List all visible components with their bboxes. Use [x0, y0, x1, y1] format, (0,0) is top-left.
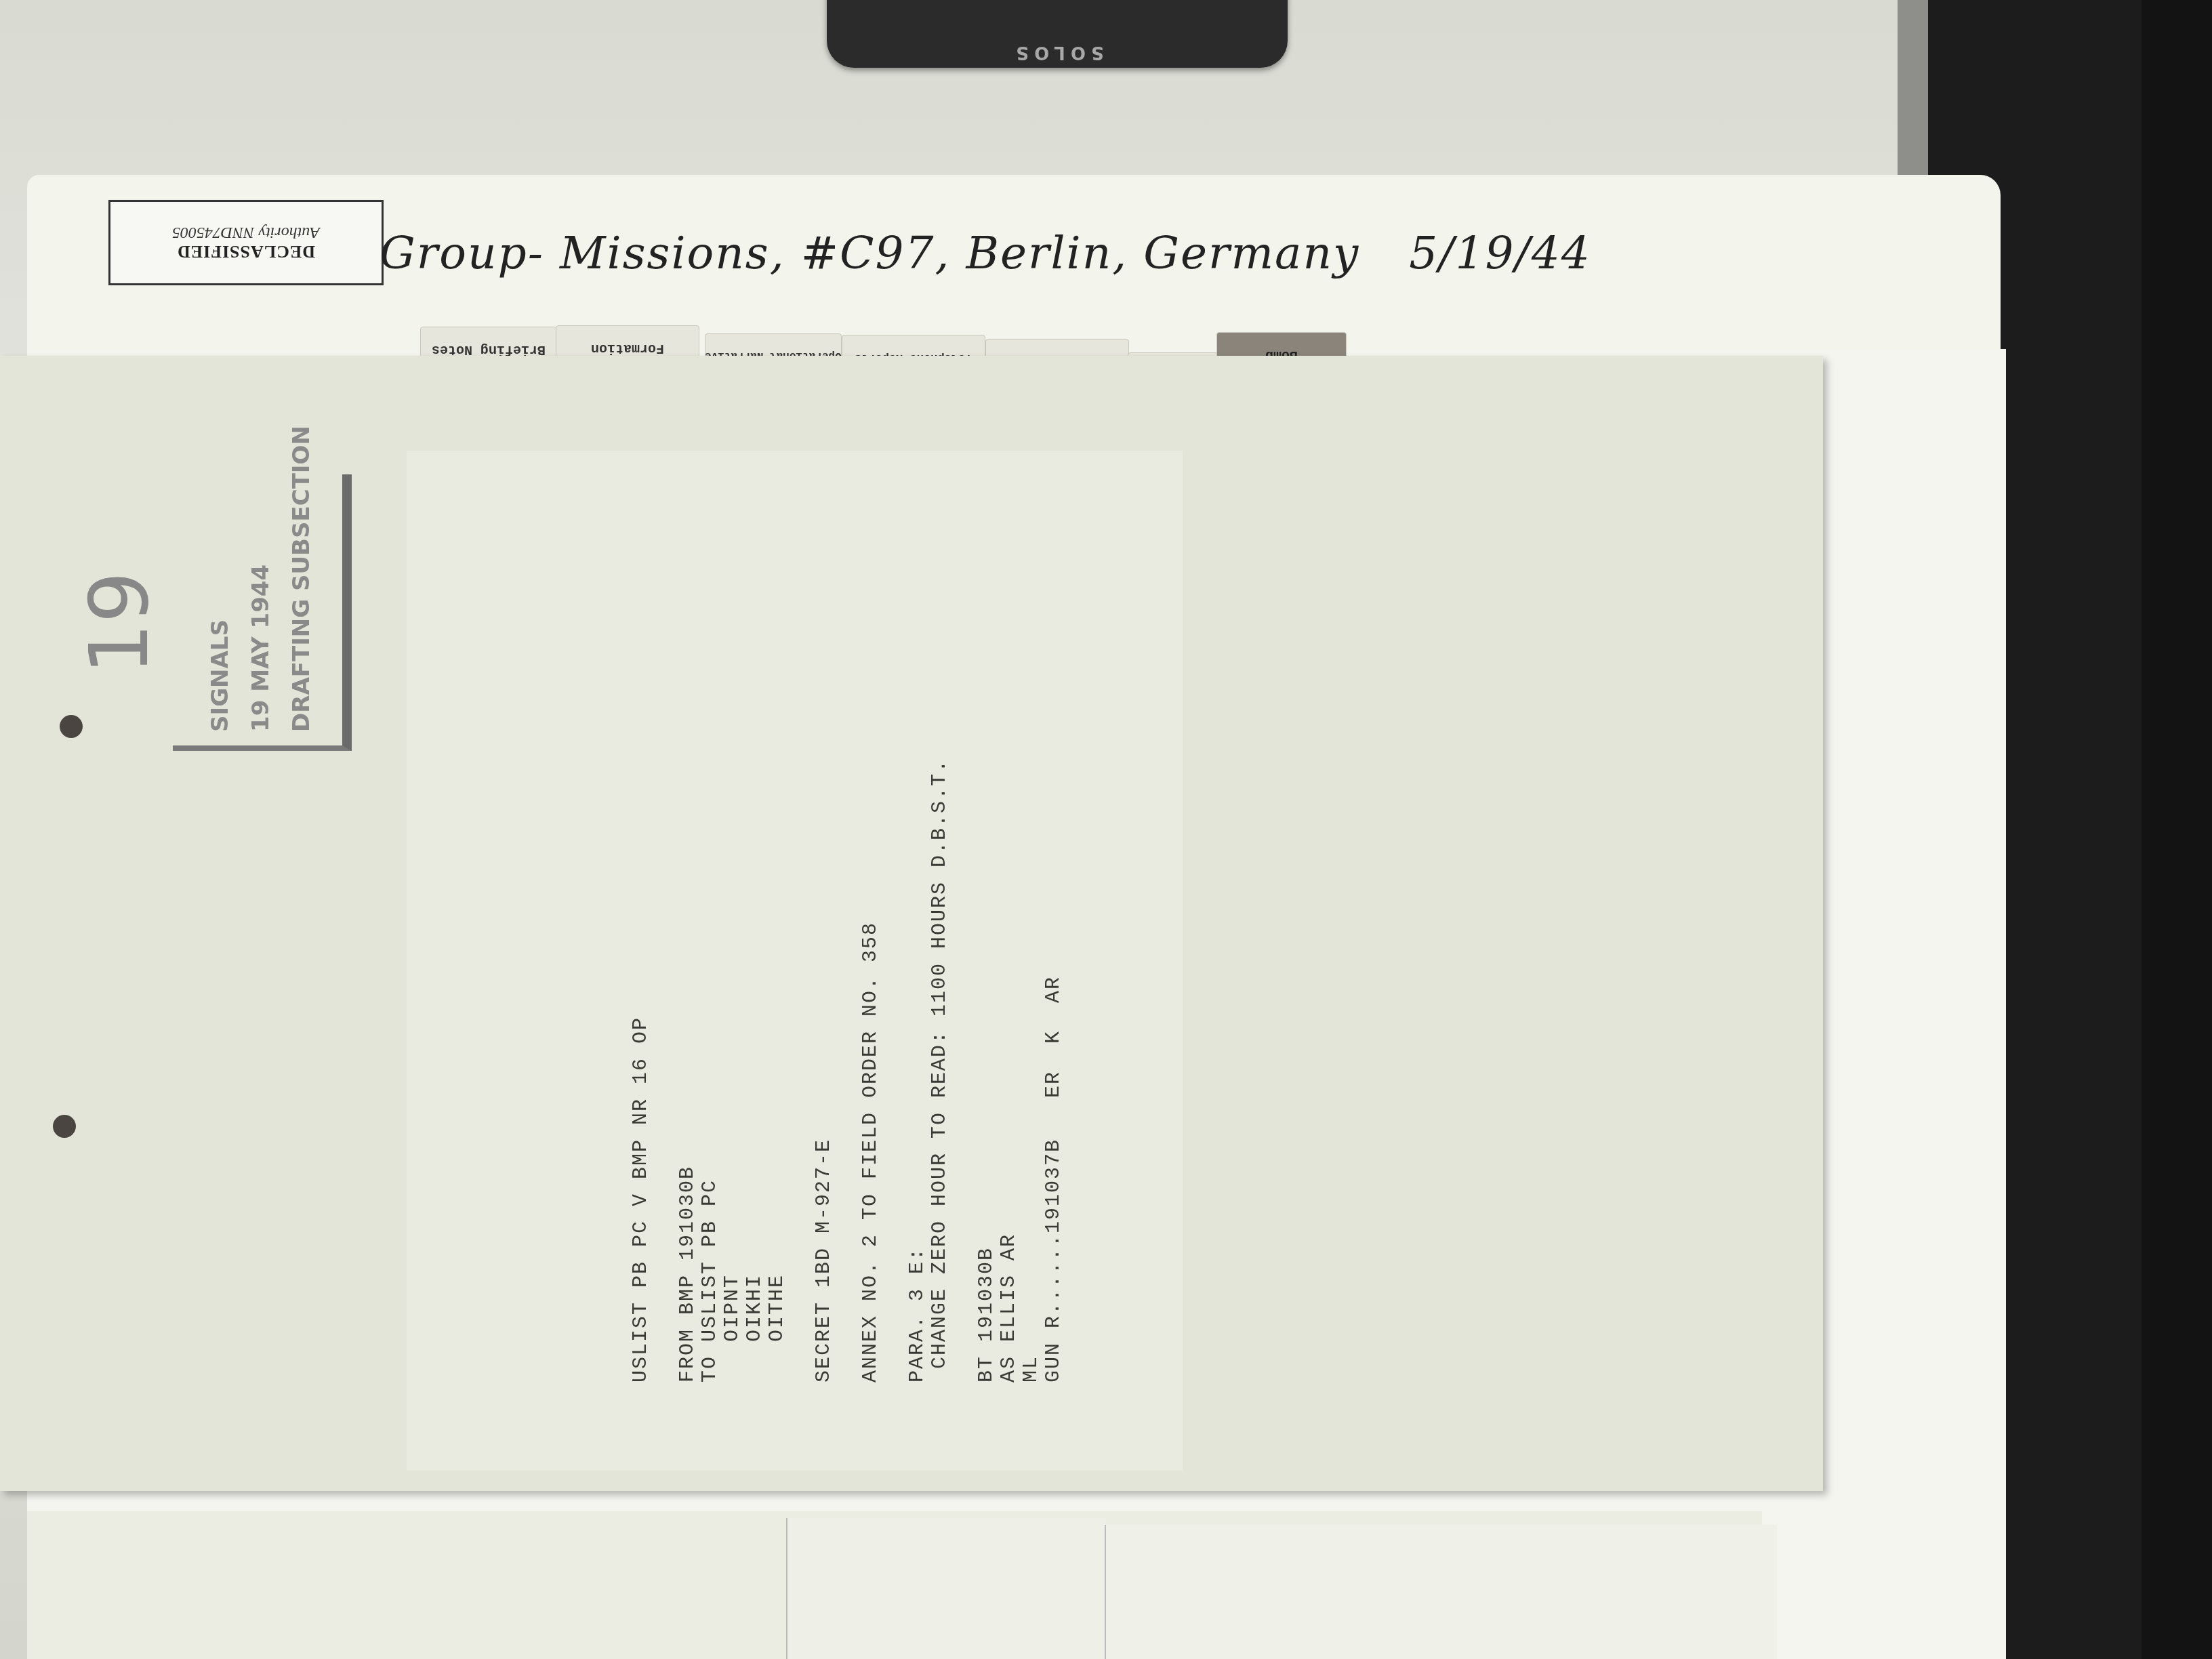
message-annex: ANNEX NO. 2 TO FIELD ORDER NO. 358: [860, 434, 882, 1382]
message-line: OITHE: [766, 434, 789, 1382]
message-line: OIPNT: [722, 434, 744, 1382]
declassified-label: DECLASSIFIED Authority NND745005: [108, 200, 384, 285]
tab-label: Formation: [591, 340, 664, 356]
blank-line: [789, 434, 813, 1382]
solos-device: SOLOS: [827, 0, 1288, 68]
message-line: AS ELLIS AR: [998, 434, 1021, 1382]
stamp-line: SIGNALS: [200, 461, 241, 732]
message-line: BT 191030B: [976, 434, 998, 1382]
message-classification: SECRET 1BD M-927-E: [813, 434, 836, 1382]
folder-title-group: Group- Missions,: [380, 227, 785, 279]
stamp-line: DRAFTING SUBSECTION: [281, 461, 322, 732]
folder-title-mission: #C97,: [801, 227, 951, 279]
tab-label: Briefing Notes: [432, 342, 546, 357]
message-line: PARA. 3 E:: [907, 434, 929, 1382]
stamp-text: SIGNALS 19 MAY 1944 DRAFTING SUBSECTION: [200, 461, 322, 732]
message-line: OIKHI: [744, 434, 766, 1382]
lower-page: [1105, 1525, 1777, 1659]
folder-title: Group- Missions, #C97, Berlin, Germany 5…: [380, 227, 1591, 279]
blank-line: [951, 434, 976, 1382]
message-header: USLIST PB PC V BMP NR 16 OP: [630, 434, 653, 1382]
message-instruction: CHANGE ZERO HOUR TO READ: 1100 HOURS D.B…: [929, 434, 951, 1382]
message-line: GUN R......191037B ER K AR: [1043, 434, 1065, 1382]
folder-title-date: 5/19/44: [1409, 227, 1591, 279]
lower-page: [786, 1518, 1106, 1659]
message-line: ML: [1021, 434, 1043, 1382]
punch-hole: [60, 715, 83, 738]
message-line: FROM BMP 191030B: [677, 434, 699, 1382]
blank-line: [836, 434, 860, 1382]
punch-hole: [53, 1115, 76, 1138]
folder-title-target: Berlin, Germany: [966, 227, 1359, 279]
signals-stamp: SIGNALS 19 MAY 1944 DRAFTING SUBSECTION: [173, 474, 352, 751]
dark-background-edge: [2142, 0, 2212, 1659]
declassified-text: DECLASSIFIED: [177, 242, 315, 262]
blank-line: [653, 434, 677, 1382]
teletype-message: USLIST PB PC V BMP NR 16 OP FROM BMP 191…: [630, 434, 1065, 1382]
device-brand: SOLOS: [989, 42, 1125, 62]
authority-text: Authority NND745005: [172, 224, 320, 242]
handwritten-page-number: 19: [73, 571, 167, 675]
blank-line: [882, 434, 907, 1382]
stamp-date: 19 MAY 1944: [241, 461, 281, 732]
table-edge: [1898, 0, 1928, 176]
message-line: TO USLIST PB PC: [699, 434, 722, 1382]
